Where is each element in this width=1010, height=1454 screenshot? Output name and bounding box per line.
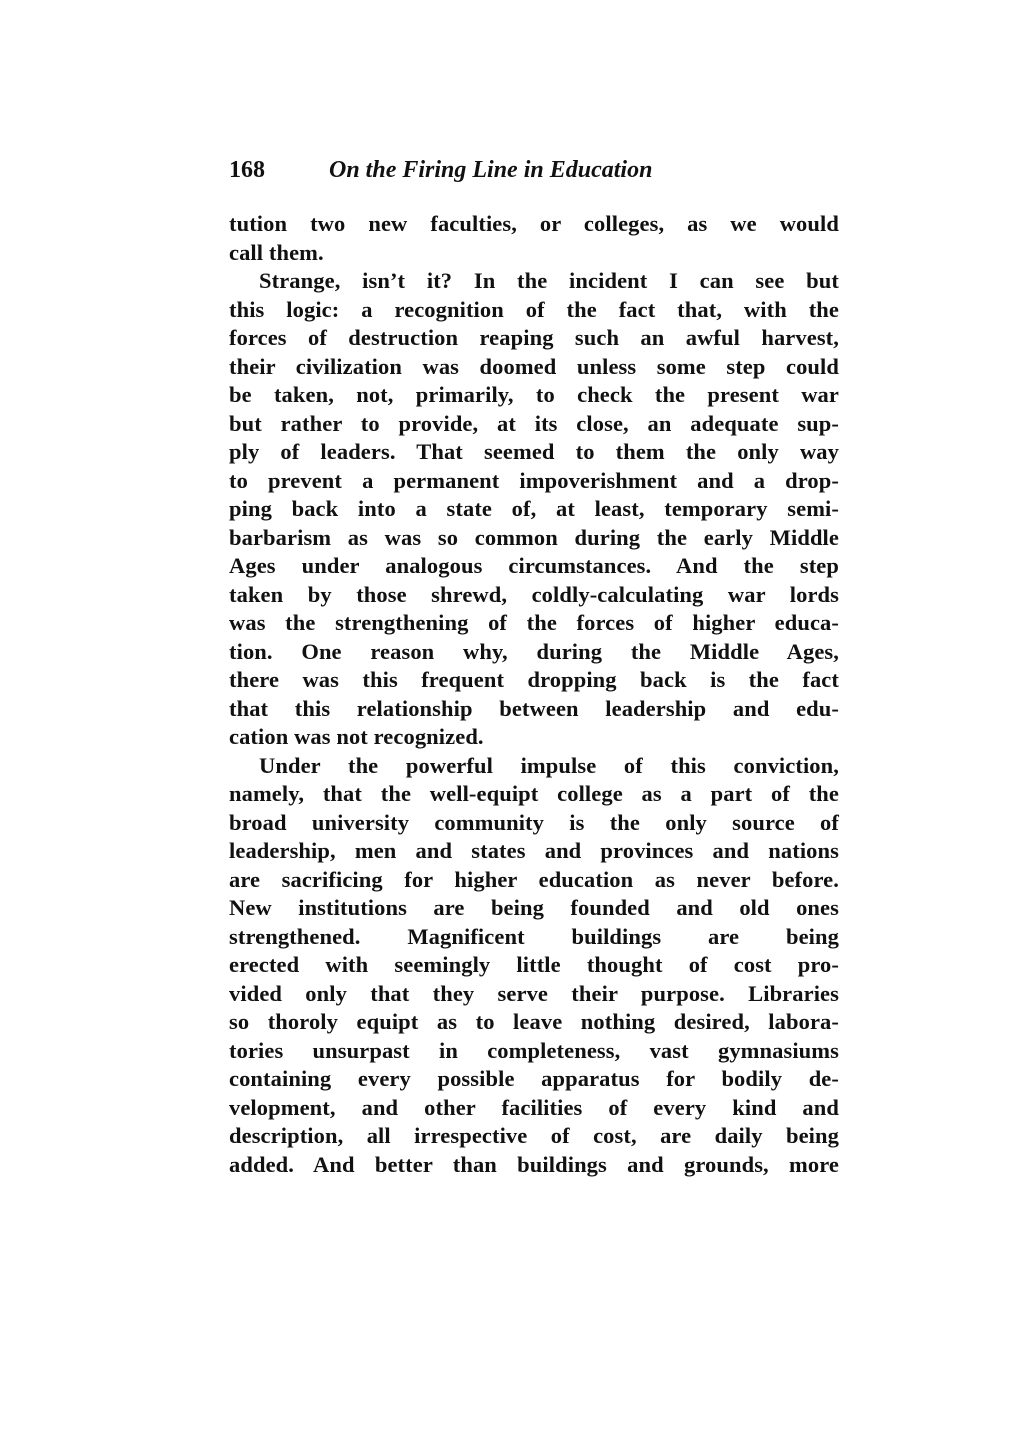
book-page: 168On the Firing Line in Education tutio… (0, 0, 1010, 1454)
text-line: taken by those shrewd, coldly-calculatin… (229, 581, 839, 610)
text-line: forces of destruction reaping such an aw… (229, 324, 839, 353)
text-line: containing every possible apparatus for … (229, 1065, 839, 1094)
text-line: was the strengthening of the forces of h… (229, 609, 839, 638)
text-line: leadership, men and states and provinces… (229, 837, 839, 866)
text-line: broad university community is the only s… (229, 809, 839, 838)
text-line: Strange, isn’t it? In the incident I can… (229, 267, 839, 296)
text-line: tution two new faculties, or colleges, a… (229, 210, 839, 239)
text-line: ping back into a state of, at least, tem… (229, 495, 839, 524)
text-line: cation was not recognized. (229, 723, 839, 752)
text-line: tories unsurpast in completeness, vast g… (229, 1037, 839, 1066)
text-line: New institutions are being founded and o… (229, 894, 839, 923)
text-line: their civilization was doomed unless som… (229, 353, 839, 382)
text-line: description, all irrespective of cost, a… (229, 1122, 839, 1151)
running-head: 168On the Firing Line in Education (229, 153, 839, 187)
page-number: 168 (229, 153, 329, 187)
text-line: vided only that they serve their purpose… (229, 980, 839, 1009)
text-line: that this relationship between leadershi… (229, 695, 839, 724)
text-line: be taken, not, primarily, to check the p… (229, 381, 839, 410)
text-line: barbarism as was so common during the ea… (229, 524, 839, 553)
text-line: are sacrificing for higher education as … (229, 866, 839, 895)
text-line: namely, that the well-equipt college as … (229, 780, 839, 809)
text-line: this logic: a recognition of the fact th… (229, 296, 839, 325)
text-line: strengthened. Magnificent buildings are … (229, 923, 839, 952)
running-title: On the Firing Line in Education (329, 157, 652, 183)
text-line: Ages under analogous circumstances. And … (229, 552, 839, 581)
text-line: erected with seemingly little thought of… (229, 951, 839, 980)
text-line: velopment, and other facilities of every… (229, 1094, 839, 1123)
text-line: so thoroly equipt as to leave nothing de… (229, 1008, 839, 1037)
text-line: call them. (229, 239, 839, 268)
text-line: there was this frequent dropping back is… (229, 666, 839, 695)
text-line: tion. One reason why, during the Middle … (229, 638, 839, 667)
text-line: but rather to provide, at its close, an … (229, 410, 839, 439)
text-line: to prevent a permanent impoverishment an… (229, 467, 839, 496)
text-line: added. And better than buildings and gro… (229, 1151, 839, 1180)
text-line: ply of leaders. That seemed to them the … (229, 438, 839, 467)
body-text: tution two new faculties, or colleges, a… (229, 210, 839, 1179)
text-line: Under the powerful impulse of this convi… (229, 752, 839, 781)
